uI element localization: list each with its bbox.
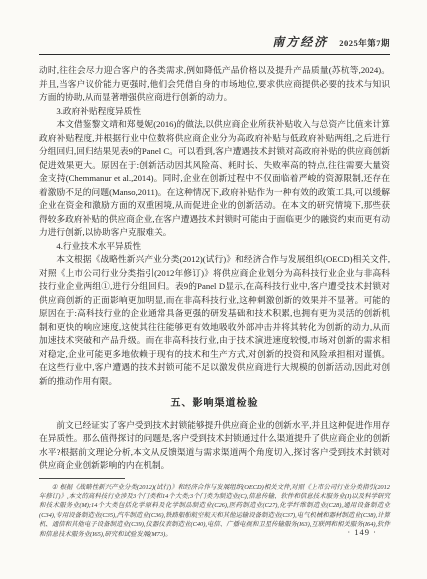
page-number: · 149 ·	[347, 527, 377, 537]
footnote: ①根据《战略性新兴产业分类(2012)(试行)》和经济合作与发展组织(OECD)…	[39, 483, 390, 539]
paragraph-industry-tech-level: 本文根据《战略性新兴产业分类(2012)(试行)》和经济合作与发展组织(OECD…	[39, 253, 390, 388]
footnote-marker: ①	[52, 484, 58, 491]
footnote-text: 根据《战略性新兴产业分类(2012)(试行)》和经济合作与发展组织(OECD)相…	[39, 484, 390, 538]
article-body: 动时,往往会尽力迎合客户的各类需求,例如降低产品价格以及提升产品质量(苏杭等,2…	[39, 64, 390, 473]
footnote-block: ①根据《战略性新兴产业分类(2012)(试行)》和经济合作与发展组织(OECD)…	[39, 478, 390, 539]
subsection-heading-3: 3.政府补贴程度异质性	[39, 105, 390, 119]
header-rule	[39, 54, 390, 55]
section-heading: 五、影响渠道检验	[39, 397, 390, 411]
paragraph-channel-test-intro: 前文已经证实了客户受到技术封锁能够提升供应商企业的创新水平,并且这种促进作用存在…	[39, 419, 390, 473]
subsection-heading-4: 4.行业技术水平异质性	[39, 240, 390, 254]
journal-logo-text: 南方经济	[272, 33, 328, 50]
paragraph-government-subsidy: 本文借鉴黎文靖和郑曼妮(2016)的做法,以供应商企业所获补贴收入与总资产比值来…	[39, 118, 390, 240]
paper-page: 南方经济 2025年第7期 动时,往往会尽力迎合客户的各类需求,例如降低产品价格…	[0, 0, 427, 579]
issue-label: 2025年第7期	[339, 37, 390, 49]
footnote-separator	[39, 478, 125, 479]
page-header: 南方经济 2025年第7期	[39, 33, 390, 54]
continuation-paragraph: 动时,往往会尽力迎合客户的各类需求,例如降低产品价格以及提升产品质量(苏杭等,2…	[39, 64, 390, 105]
